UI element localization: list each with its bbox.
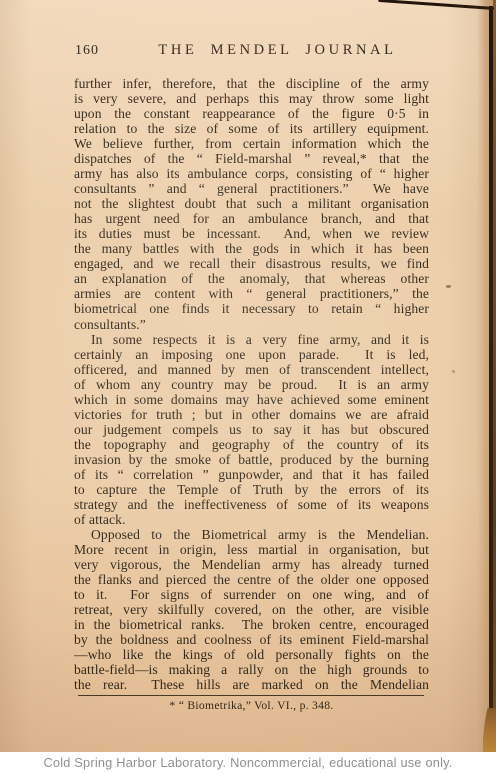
text-line: invasion by the smoke of battle, produce… — [74, 452, 429, 467]
text-line: to it. For signs of surrender on one win… — [74, 587, 429, 602]
footnote-rule — [78, 695, 424, 696]
text-line: of whom any country may be proud. It is … — [74, 377, 429, 392]
journal-title: THE MENDEL JOURNAL — [158, 42, 396, 59]
text-line: consultants.” — [74, 317, 429, 332]
text-line: very vigorous, the Mendelian army has al… — [74, 557, 429, 572]
paragraph: further infer, therefore, that the disci… — [74, 76, 429, 332]
footnote: * “ Biometrika,” Vol. VI., p. 348. — [74, 699, 429, 712]
text-line: to capture the Temple of Truth by the er… — [74, 482, 429, 497]
text-line: consultants ” and “ general practitioner… — [74, 181, 429, 196]
text-line: battle-field—is making a rally on the hi… — [74, 662, 429, 677]
text-line: is very severe, and perhaps this may thr… — [74, 91, 429, 106]
paragraph: In some respects it is a very fine army,… — [74, 332, 429, 527]
text-line: has urgent need for an ambulance branch,… — [74, 211, 429, 226]
text-line: the flanks and pierced the centre of the… — [74, 572, 429, 587]
text-line: by the boldness and coolness of its emin… — [74, 632, 429, 647]
paragraph: Opposed to the Biometrical army is the M… — [74, 527, 429, 692]
text-line: armies are content with “ general practi… — [74, 286, 429, 301]
text-line: the topography and geography of the coun… — [74, 437, 429, 452]
text-line: biometrical one finds it necessary to re… — [74, 301, 429, 316]
text-line: We believe further, from certain informa… — [74, 136, 429, 151]
text-line: retreat, very skilfully covered, on the … — [74, 602, 429, 617]
text-line: the rear. These hills are marked on the … — [74, 677, 429, 692]
text-line: its duties must be incessant. And, when … — [74, 226, 429, 241]
text-line: not the slightest doubt that such a mili… — [74, 196, 429, 211]
text-line: More recent in origin, less martial in o… — [74, 542, 429, 557]
text-line: In some respects it is a very fine army,… — [74, 332, 429, 347]
text-line: relation to the size of some of its arti… — [74, 121, 429, 136]
attribution-bar: Cold Spring Harbor Laboratory. Noncommer… — [0, 752, 496, 773]
body-text: further infer, therefore, that the disci… — [74, 76, 429, 692]
text-line: certainly an imposing one upon parade. I… — [74, 347, 429, 362]
text-line: Opposed to the Biometrical army is the M… — [74, 527, 429, 542]
text-line: of its “ correlation ” gunpowder, and th… — [74, 467, 429, 482]
text-line: of attack. — [74, 512, 429, 527]
text-line: in the biometrical ranks. The broken cen… — [74, 617, 429, 632]
text-line: further infer, therefore, that the disci… — [74, 76, 429, 91]
attribution-text: Cold Spring Harbor Laboratory. Noncommer… — [43, 755, 452, 770]
scan-speck — [452, 370, 455, 373]
text-line: victories for truth ; but in other domai… — [74, 407, 429, 422]
scanned-book-page: 160 THE MENDEL JOURNAL further infer, th… — [0, 0, 496, 773]
page-number: 160 — [75, 43, 99, 59]
text-line: which in some domains may have achieved … — [74, 392, 429, 407]
page-content: 160 THE MENDEL JOURNAL further infer, th… — [74, 40, 429, 712]
text-line: engaged, and we recall their disastrous … — [74, 256, 429, 271]
text-line: strategy and the ineffectiveness of some… — [74, 497, 429, 512]
text-line: upon the constant reappearance of the fi… — [74, 106, 429, 121]
text-line: army has also its ambulance corps, consi… — [74, 166, 429, 181]
text-line: officered, and manned by men of transcen… — [74, 362, 429, 377]
text-line: our judgement compels us to say it has b… — [74, 422, 429, 437]
text-line: —who like the kings of old personally fi… — [74, 647, 429, 662]
text-line: the many battles with the gods in which … — [74, 241, 429, 256]
text-line: an explanation of the anomaly, that wher… — [74, 271, 429, 286]
text-line: dispatches of the “ Field-marshal ” reve… — [74, 151, 429, 166]
scan-speck — [446, 285, 451, 288]
page-edge-dark-line — [489, 6, 493, 752]
running-header: 160 THE MENDEL JOURNAL — [74, 40, 429, 76]
